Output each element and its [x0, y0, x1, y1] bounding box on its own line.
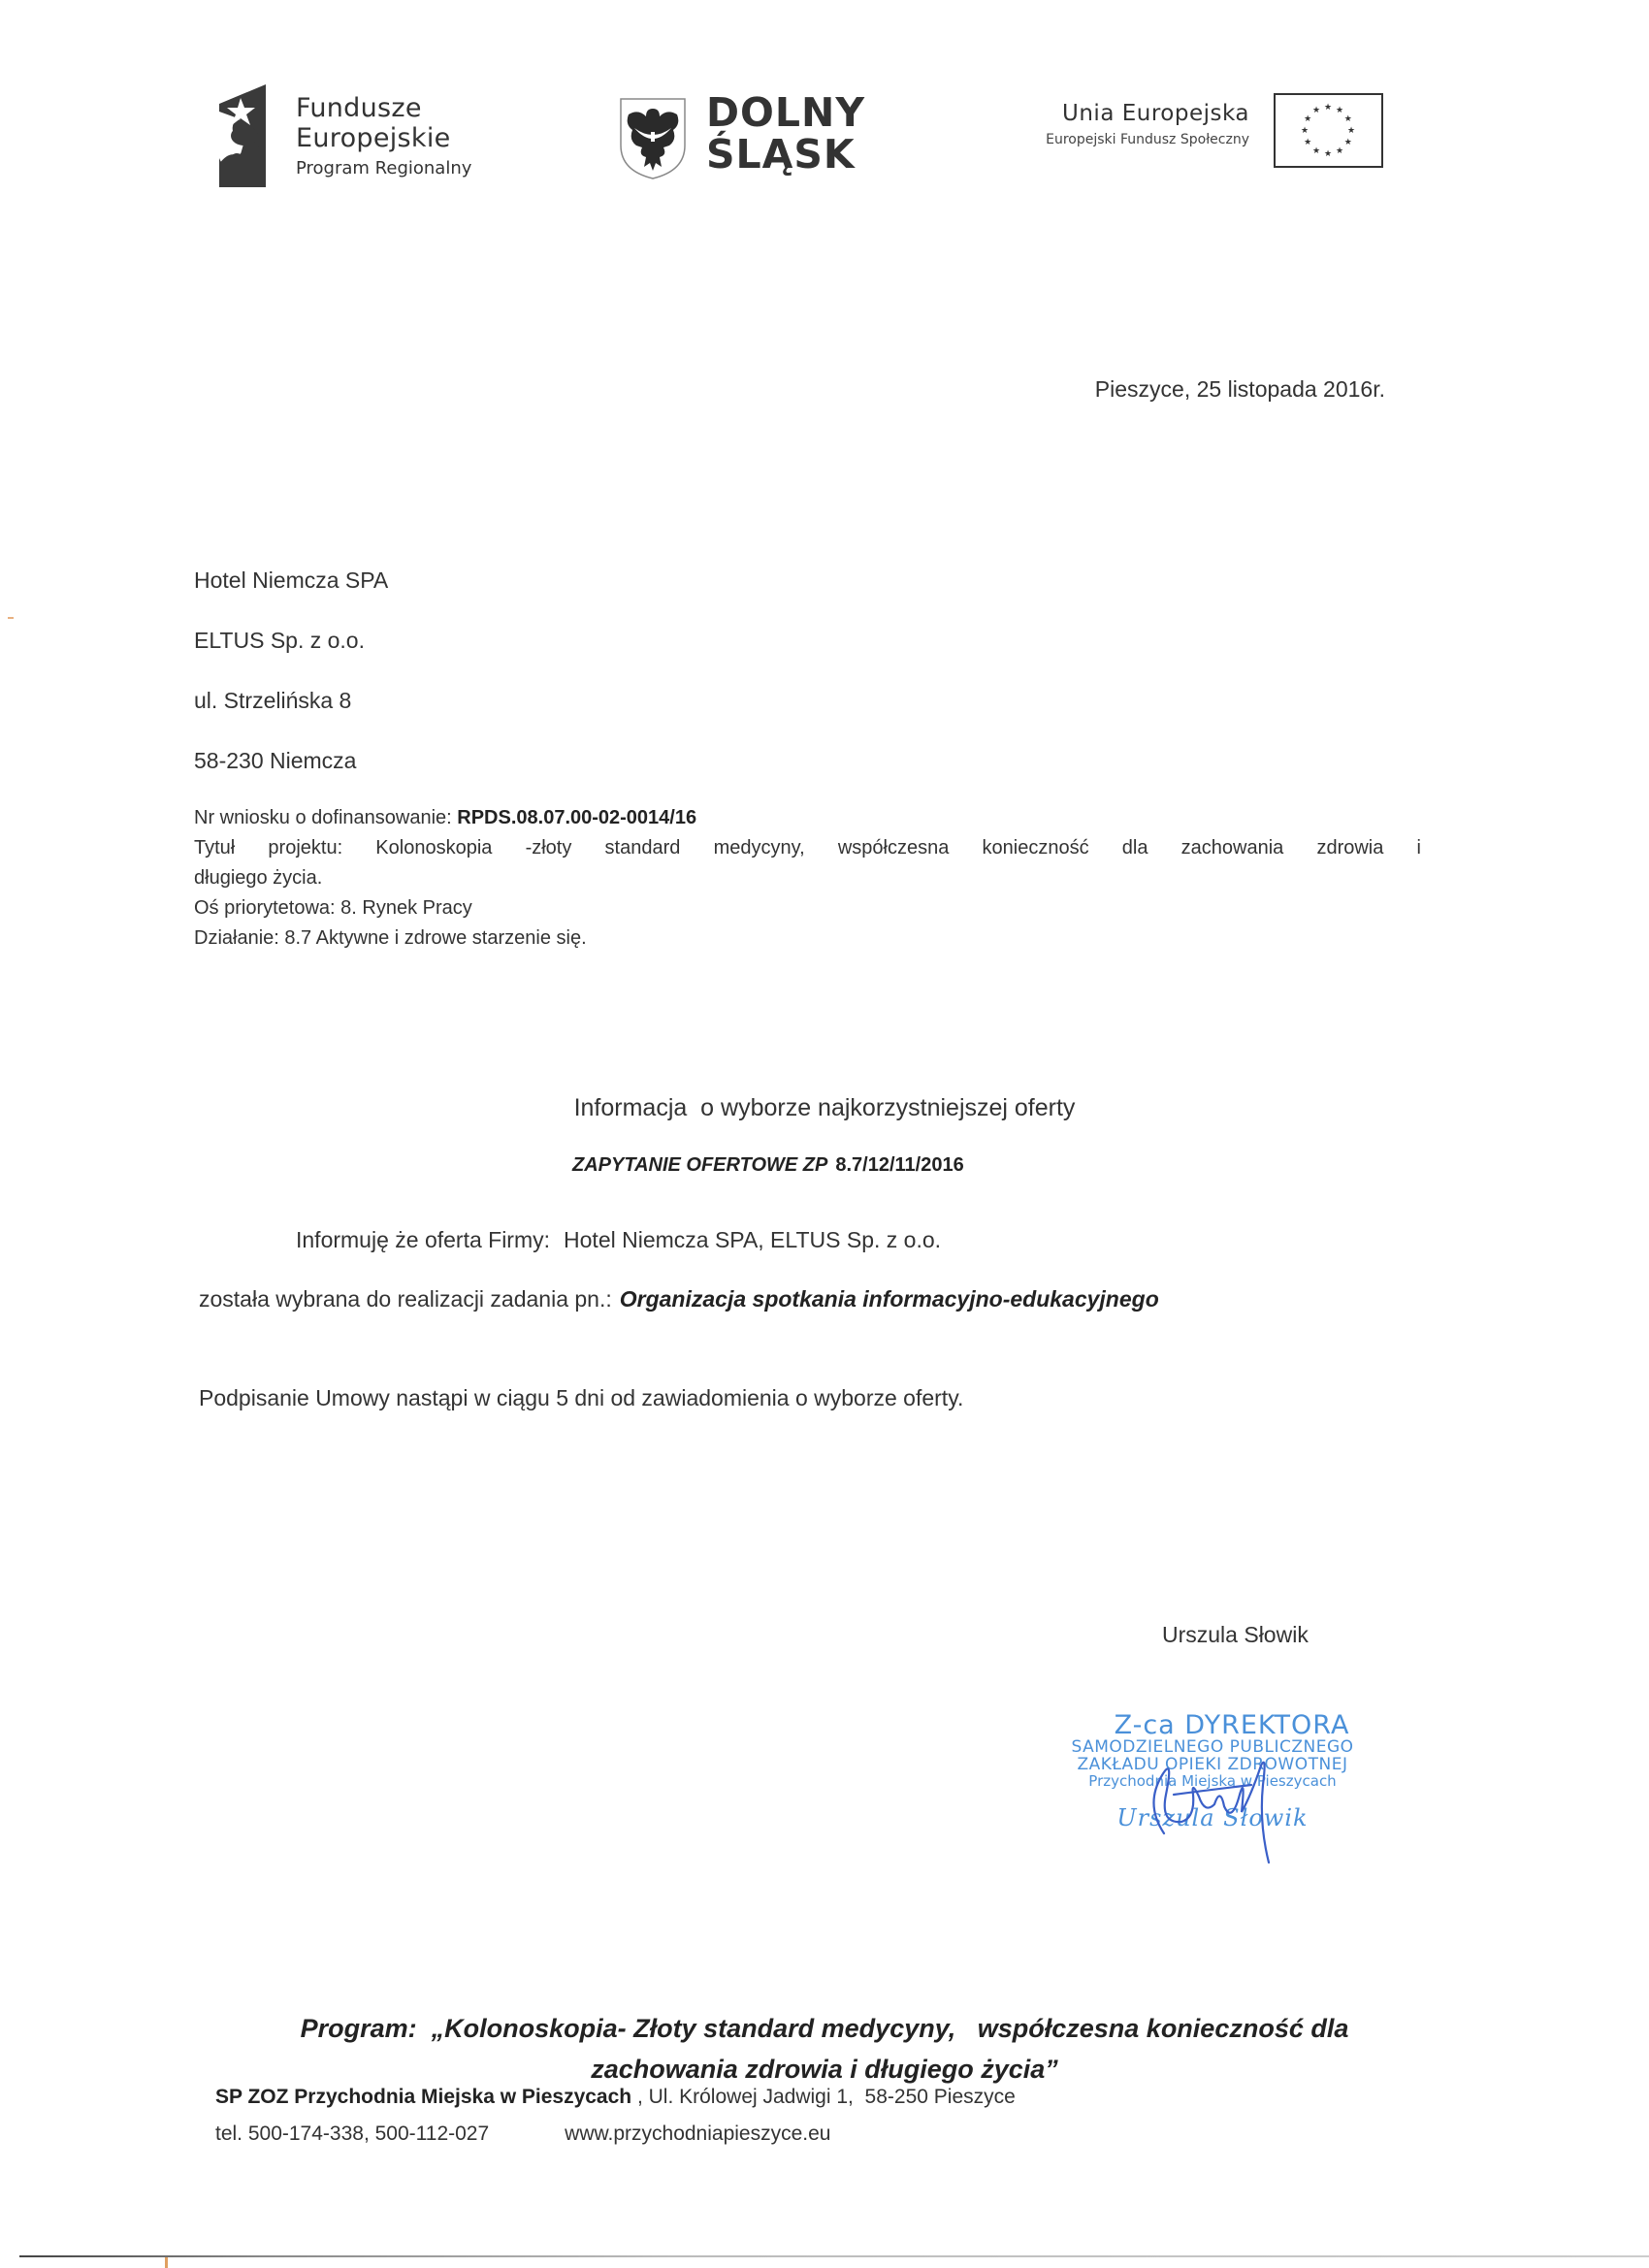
- recipient-line: ul. Strzelińska 8: [194, 688, 351, 714]
- body-line-contract: Podpisanie Umowy nastąpi w ciągu 5 dni o…: [199, 1385, 963, 1411]
- scan-edge-divider: [19, 2255, 1649, 2257]
- task-name: Organizacja spotkania informacyjno-eduka…: [620, 1286, 1159, 1312]
- svg-text:★: ★: [1301, 126, 1309, 136]
- fundusze-europejskie-logo: Fundusze Europejskie Program Regionalny: [296, 95, 471, 178]
- program-line: zachowania zdrowia i długiego życia”: [0, 2049, 1649, 2090]
- logo-text-line: Europejskie: [296, 125, 471, 151]
- scan-artifact: [8, 617, 14, 619]
- handwritten-signature-icon: [1106, 1736, 1339, 1872]
- inquiry-label: ZAPYTANIE OFERTOWE ZP: [572, 1154, 827, 1176]
- measure: Działanie: 8.7 Aktywne i zdrowe starzeni…: [194, 923, 1421, 954]
- priority-axis: Oś priorytetowa: 8. Rynek Pracy: [194, 893, 1421, 923]
- document-title: Informacja o wyborze najkorzystniejszej …: [0, 1094, 1649, 1122]
- task-prefix: została wybrana do realizacji zadania pn…: [199, 1286, 612, 1312]
- logo-text-line: Unia Europejska: [1046, 103, 1249, 125]
- svg-text:★: ★: [1312, 106, 1320, 115]
- scan-artifact: [165, 2257, 168, 2268]
- logo-text-line: Program Regionalny: [296, 160, 471, 178]
- logo-text-line: Europejski Fundusz Społeczny: [1046, 133, 1249, 146]
- eu-flag-icon: ★★★★★★★★★★★★: [1274, 93, 1383, 168]
- project-title-line: długiego życia.: [194, 863, 1421, 893]
- svg-text:★: ★: [1336, 146, 1343, 156]
- svg-text:★: ★: [1336, 106, 1343, 115]
- unia-europejska-logo: Unia Europejska Europejski Fundusz Społe…: [1046, 103, 1249, 146]
- program-footer: Program: „Kolonoskopia- Złoty standard m…: [0, 2008, 1649, 2090]
- dolny-slask-logo: DOLNY ŚLĄSK: [706, 93, 865, 175]
- program-line: Program: „Kolonoskopia- Złoty standard m…: [0, 2008, 1649, 2049]
- application-number: Nr wniosku o dofinansowanie: RPDS.08.07.…: [194, 803, 1421, 833]
- place-date: Pieszyce, 25 listopada 2016r.: [1095, 376, 1385, 403]
- project-meta: Nr wniosku o dofinansowanie: RPDS.08.07.…: [194, 803, 1421, 954]
- inquiry-reference: ZAPYTANIE OFERTOWE ZP8.7/12/11/2016: [572, 1154, 964, 1177]
- contact-line: tel. 500-174-338, 500-112-027www.przycho…: [215, 2122, 830, 2146]
- svg-text:★: ★: [1304, 138, 1311, 147]
- phone-numbers: tel. 500-174-338, 500-112-027: [215, 2122, 489, 2145]
- silesian-eagle-crest-icon: [617, 95, 689, 180]
- svg-text:★: ★: [1347, 126, 1355, 136]
- offer-company: Hotel Niemcza SPA, ELTUS Sp. z o.o.: [564, 1227, 941, 1252]
- organization-address: SP ZOZ Przychodnia Miejska w Pieszycach …: [215, 2086, 1016, 2109]
- offer-prefix: Informuję że oferta Firmy:: [296, 1227, 550, 1252]
- svg-text:★: ★: [1324, 103, 1332, 113]
- application-value: RPDS.08.07.00-02-0014/16: [457, 807, 696, 828]
- svg-text:★: ★: [1312, 146, 1320, 156]
- svg-text:★: ★: [1324, 149, 1332, 159]
- fundusze-europejskie-logo-icon: [215, 82, 270, 189]
- logo-text-line: DOLNY: [706, 93, 865, 133]
- body-line-offer: Informuję że oferta Firmy:Hotel Niemcza …: [296, 1227, 941, 1253]
- signer-name: Urszula Słowik: [1162, 1622, 1309, 1648]
- svg-text:★: ★: [1304, 114, 1311, 124]
- logo-text-line: Fundusze: [296, 95, 471, 121]
- svg-text:★: ★: [1344, 114, 1352, 124]
- body-line-task: została wybrana do realizacji zadania pn…: [199, 1286, 1159, 1312]
- inquiry-number: 8.7/12/11/2016: [835, 1154, 963, 1176]
- organization-name: SP ZOZ Przychodnia Miejska w Pieszycach: [215, 2086, 631, 2108]
- stamp-line: Z-ca DYREKTORA: [1077, 1712, 1387, 1738]
- website-link[interactable]: www.przychodniapieszyce.eu: [565, 2122, 830, 2145]
- logo-text-line: ŚLĄSK: [706, 135, 865, 175]
- application-label: Nr wniosku o dofinansowanie:: [194, 807, 457, 828]
- svg-text:★: ★: [1344, 138, 1352, 147]
- organization-street: , Ul. Królowej Jadwigi 1, 58-250 Pieszyc…: [631, 2086, 1016, 2108]
- recipient-line: Hotel Niemcza SPA: [194, 567, 388, 594]
- recipient-line: 58-230 Niemcza: [194, 748, 356, 774]
- recipient-line: ELTUS Sp. z o.o.: [194, 628, 365, 654]
- project-title-line: Tytuł projektu: Kolonoskopia -złoty stan…: [194, 833, 1421, 863]
